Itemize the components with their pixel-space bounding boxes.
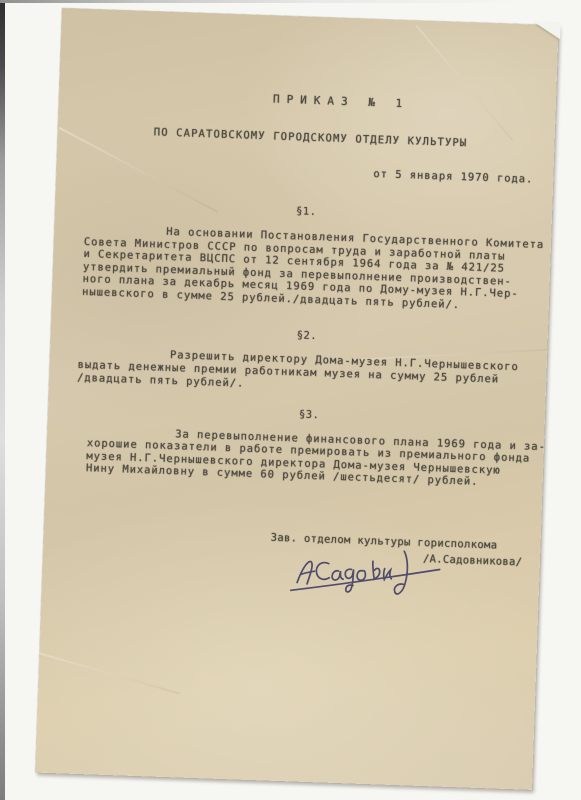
document-title: ПРИКАЗ № 1	[273, 92, 410, 110]
handwritten-signature	[287, 538, 449, 602]
section-1-heading: §1.	[296, 205, 317, 218]
paper-crease	[36, 651, 181, 694]
section-2-heading: §2.	[297, 329, 318, 342]
corner-fold	[534, 23, 561, 40]
section-1-paragraph: На основании Постановления Государственн…	[82, 223, 524, 314]
paper-crease	[416, 25, 514, 141]
scanner-edge-shadow-left	[0, 0, 5, 800]
section-3-paragraph: За перевыполнение финансового плана 1969…	[86, 425, 525, 490]
document-subtitle: ПО САРАТОВСКОМУ ГОРОДСКОМУ ОТДЕЛУ КУЛЬТУ…	[154, 126, 468, 149]
scanned-document-page: ПРИКАЗ № 1 ПО САРАТОВСКОМУ ГОРОДСКОМУ ОТ…	[35, 8, 558, 790]
scanner-edge-shadow-top	[0, 0, 581, 3]
document-date: от 5 января 1970 года.	[373, 168, 533, 186]
section-3-heading: §3.	[299, 409, 320, 422]
